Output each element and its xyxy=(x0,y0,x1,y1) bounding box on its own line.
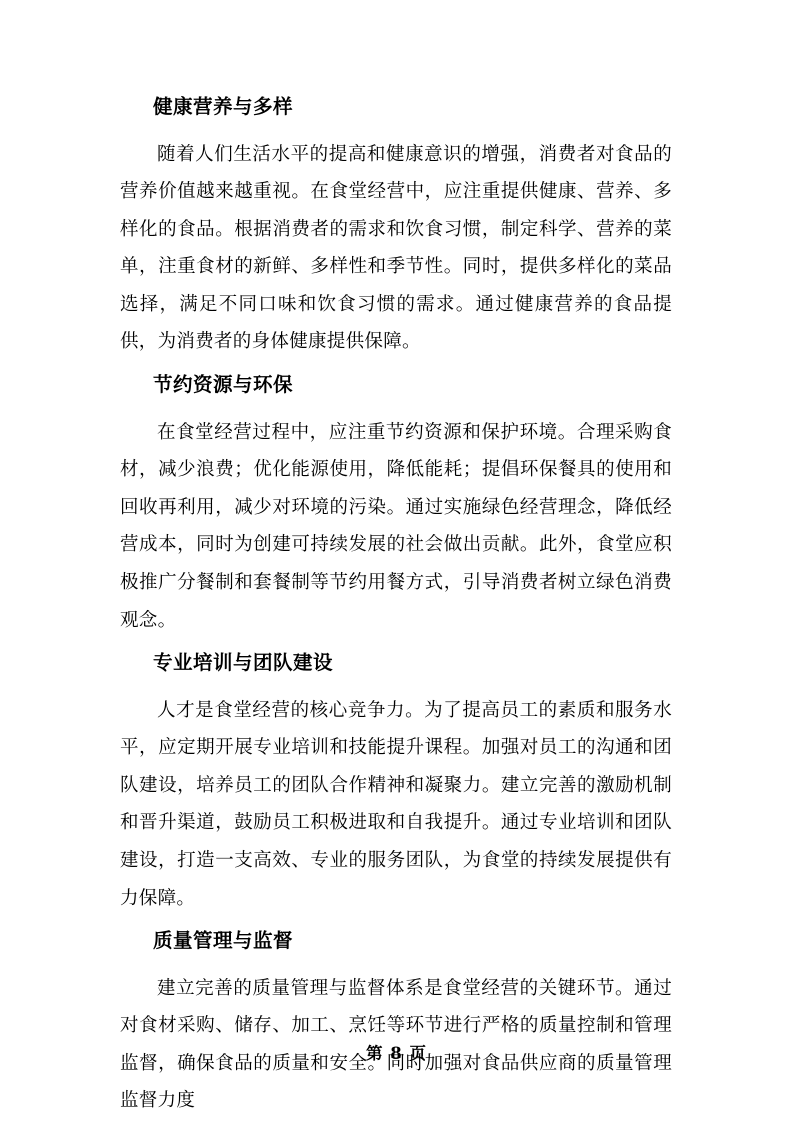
document-page: 健康营养与多样 随着人们生活水平的提高和健康意识的增强，消费者对食品的营养价值越… xyxy=(0,0,793,1122)
section-heading: 节约资源与环保 xyxy=(120,366,672,404)
section-paragraph: 人才是食堂经营的核心竞争力。为了提高员工的素质和服务水平，应定期开展专业培训和技… xyxy=(120,692,672,918)
page-number: 第 8 页 xyxy=(0,1040,793,1064)
section-paragraph: 在食堂经营过程中，应注重节约资源和保护环境。合理采购食材，减少浪费；优化能源使用… xyxy=(120,414,672,640)
section-resource-saving: 节约资源与环保 在食堂经营过程中，应注重节约资源和保护环境。合理采购食材，减少浪… xyxy=(120,366,672,639)
section-paragraph: 随着人们生活水平的提高和健康意识的增强，消费者对食品的营养价值越来越重视。在食堂… xyxy=(120,136,672,362)
section-health-nutrition: 健康营养与多样 随着人们生活水平的提高和健康意识的增强，消费者对食品的营养价值越… xyxy=(120,88,672,361)
section-quality-supervision: 质量管理与监督 建立完善的质量管理与监督体系是食堂经营的关键环节。通过对食材采购… xyxy=(120,922,672,1120)
section-heading: 健康营养与多样 xyxy=(120,88,672,126)
section-heading: 质量管理与监督 xyxy=(120,922,672,960)
section-training-team: 专业培训与团队建设 人才是食堂经营的核心竞争力。为了提高员工的素质和服务水平，应… xyxy=(120,644,672,917)
section-heading: 专业培训与团队建设 xyxy=(120,644,672,682)
